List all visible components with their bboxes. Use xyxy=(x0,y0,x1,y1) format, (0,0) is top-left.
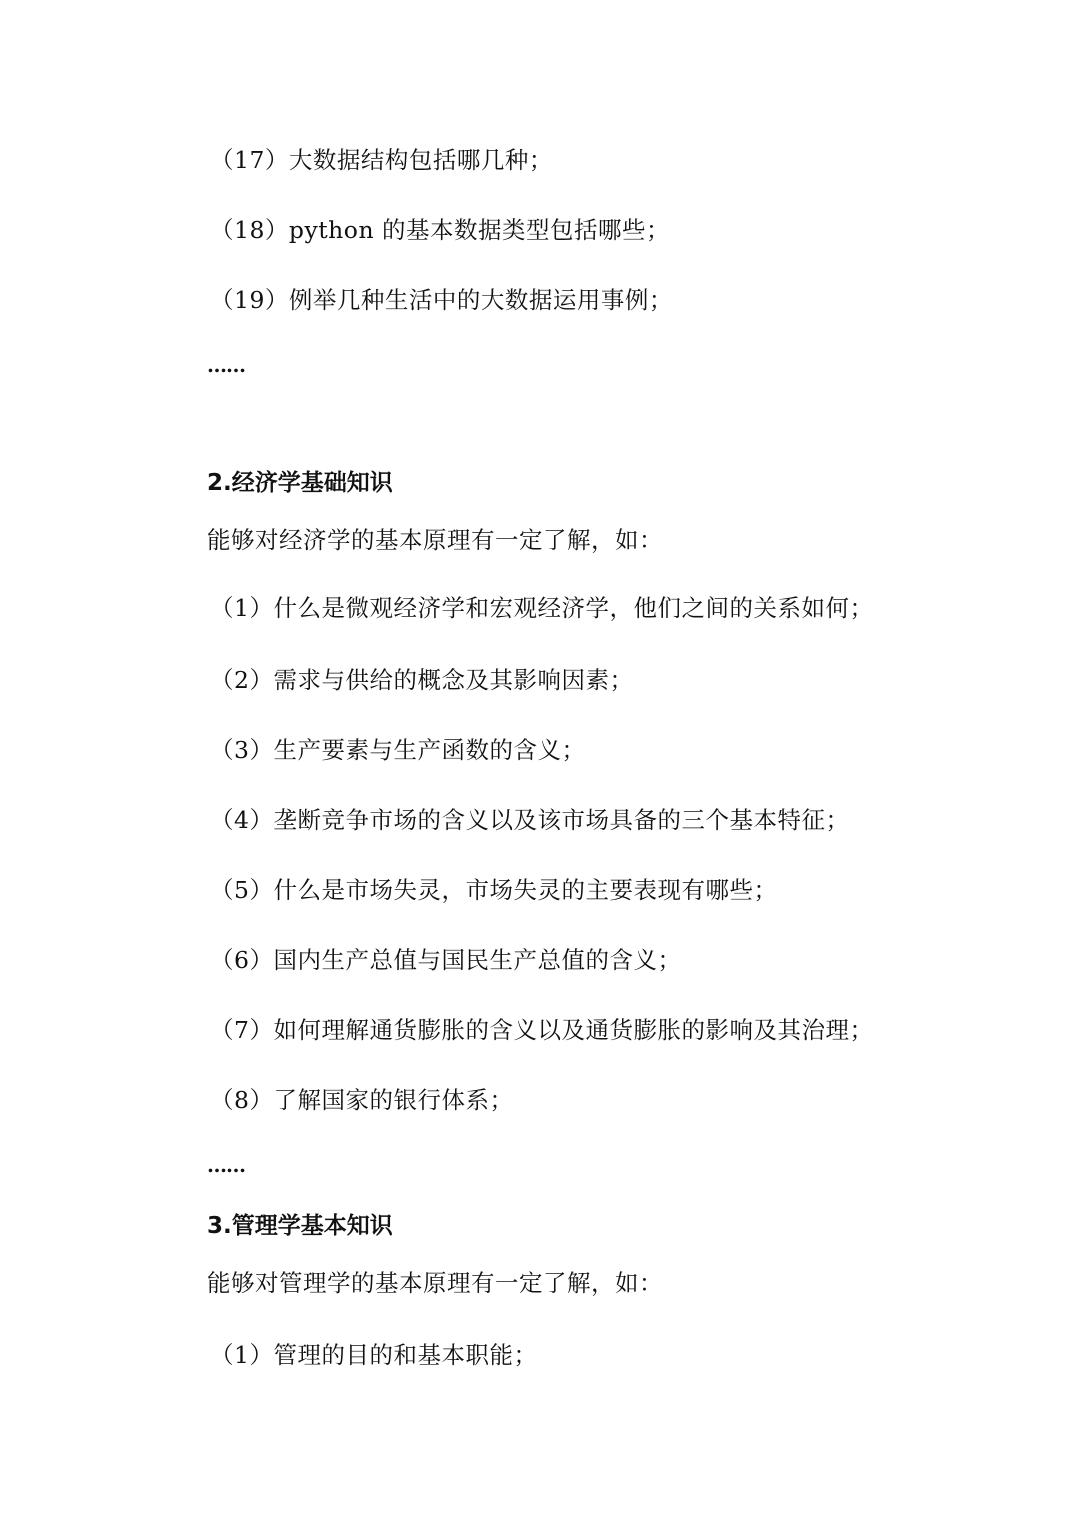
list-item: （3）生产要素与生产函数的含义； xyxy=(210,735,585,765)
section-heading: 3.管理学基本知识 xyxy=(207,1211,393,1241)
ellipsis: …… xyxy=(207,350,245,380)
list-item: （17）大数据结构包括哪几种； xyxy=(210,145,553,175)
list-item: （1）管理的目的和基本职能； xyxy=(210,1340,537,1370)
list-item: （8）了解国家的银行体系； xyxy=(210,1085,513,1115)
list-item: （5）什么是市场失灵，市场失灵的主要表现有哪些； xyxy=(210,875,777,905)
list-item: （1）什么是微观经济学和宏观经济学，他们之间的关系如何； xyxy=(210,593,873,623)
list-item: （18）python 的基本数据类型包括哪些； xyxy=(210,215,670,245)
ellipsis: …… xyxy=(207,1150,245,1180)
list-item: （6）国内生产总值与国民生产总值的含义； xyxy=(210,945,681,975)
list-item: （4）垄断竞争市场的含义以及该市场具备的三个基本特征； xyxy=(210,805,849,835)
list-item: （2）需求与供给的概念及其影响因素； xyxy=(210,665,633,695)
list-item: （19）例举几种生活中的大数据运用事例； xyxy=(210,285,673,315)
section-heading: 2.经济学基础知识 xyxy=(207,468,393,498)
section-intro: 能够对管理学的基本原理有一定了解，如： xyxy=(207,1268,663,1298)
section-intro: 能够对经济学的基本原理有一定了解，如： xyxy=(207,525,663,555)
list-item: （7）如何理解通货膨胀的含义以及通货膨胀的影响及其治理； xyxy=(210,1015,873,1045)
